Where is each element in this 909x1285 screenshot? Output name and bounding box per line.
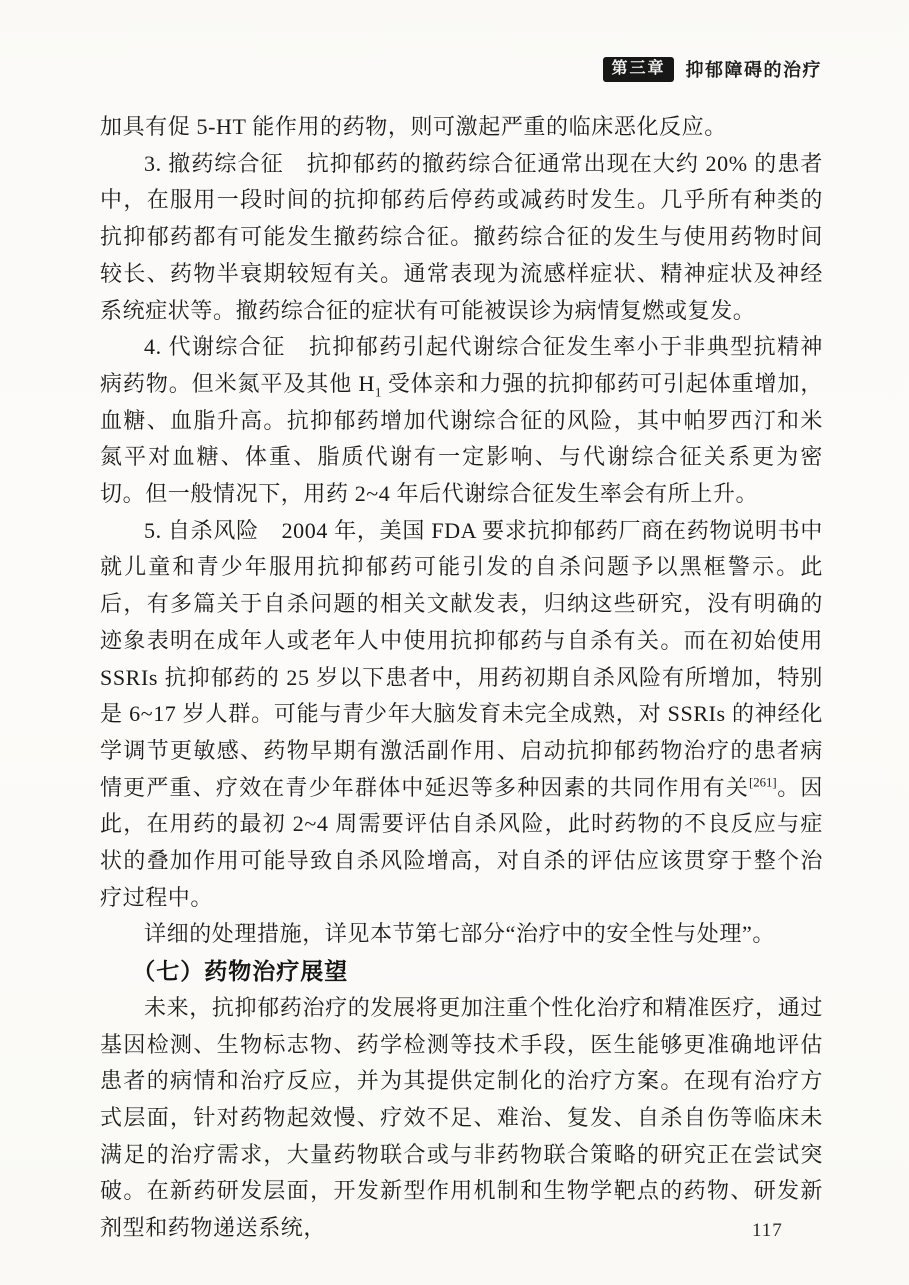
paragraph: 未来，抗抑郁药治疗的发展将更加注重个性化治疗和精准医疗，通过基因检测、生物标志物… [100, 990, 823, 1247]
text-run: （七）药物治疗展望 [132, 958, 348, 984]
document-body: 加具有促 5-HT 能作用的药物，则可激起严重的临床恶化反应。3. 撤药综合征 … [100, 109, 823, 1247]
text-run: 未来，抗抑郁药治疗的发展将更加注重个性化治疗和精准医疗，通过基因检测、生物标志物… [100, 995, 823, 1240]
text-run: 5. 自杀风险 2004 年，美国 FDA 要求抗抑郁药厂商在药物说明书中就儿童… [100, 518, 823, 800]
page-header: 第三章 抑郁障碍的治疗 [603, 56, 822, 82]
paragraph: 3. 撤药综合征 抗抑郁药的撤药综合征通常出现在大约 20% 的患者中，在服用一… [100, 146, 823, 330]
chapter-badge: 第三章 [603, 57, 673, 82]
paragraph: 加具有促 5-HT 能作用的药物，则可激起严重的临床恶化反应。 [100, 109, 823, 146]
text-run: 3. 撤药综合征 抗抑郁药的撤药综合征通常出现在大约 20% 的患者中，在服用一… [100, 151, 823, 323]
citation-ref: [261] [749, 775, 777, 789]
text-run: 加具有促 5-HT 能作用的药物，则可激起严重的临床恶化反应。 [100, 114, 727, 139]
document-page: 第三章 抑郁障碍的治疗 加具有促 5-HT 能作用的药物，则可激起严重的临床恶化… [0, 0, 909, 1285]
paragraph: 详细的处理措施，详见本节第七部分“治疗中的安全性与处理”。 [100, 916, 823, 953]
text-run: 详细的处理措施，详见本节第七部分“治疗中的安全性与处理”。 [144, 921, 775, 946]
paragraph: 4. 代谢综合征 抗抑郁药引起代谢综合征发生率小于非典型抗精神病药物。但米氮平及… [100, 329, 823, 513]
page-number: 117 [752, 1220, 783, 1242]
section-heading: （七）药物治疗展望 [100, 953, 823, 990]
paragraph: 5. 自杀风险 2004 年，美国 FDA 要求抗抑郁药厂商在药物说明书中就儿童… [100, 513, 823, 917]
chapter-title: 抑郁障碍的治疗 [686, 56, 823, 82]
